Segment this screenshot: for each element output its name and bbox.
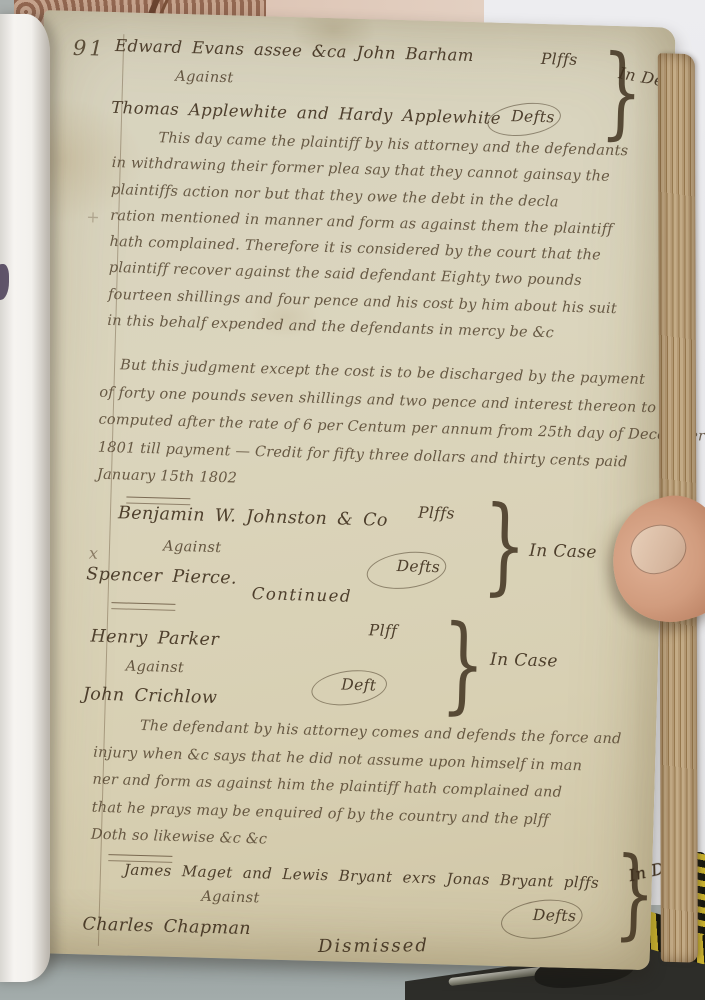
entry1-defendant-label: Defts (511, 107, 555, 126)
entry1-defendant: Thomas Applewhite and Hardy Applewhite (111, 98, 501, 128)
manuscript-page: 91 + x Edward Evans assee &ca John Barha… (18, 10, 676, 970)
entry1-plaintiff: Edward Evans assee &ca John Barham (115, 36, 474, 65)
record-book: 91 + x Edward Evans assee &ca John Barha… (17, 10, 705, 980)
entry2-status: Continued (252, 584, 353, 606)
entry4-defendant-label: Defts (533, 906, 577, 925)
entry3-brace: } (440, 611, 486, 717)
entry2-action: In Case (529, 541, 597, 563)
entry2-defendant-label: Defts (396, 557, 440, 576)
entry4-plaintiff: James Maget and Lewis Bryant exrs Jonas … (124, 861, 600, 892)
entry1-judgment-text: This day came the plaintiff by his attor… (107, 124, 629, 349)
ink-blot (0, 264, 9, 300)
thumb-nail (623, 516, 693, 581)
entry2-plaintiff-label: Plffs (418, 504, 455, 523)
entry3-against: Against (125, 659, 184, 677)
entry3-defendant: John Crichlow (83, 684, 218, 708)
entry3-plaintiff-label: Plff (369, 621, 398, 640)
entry1-against: Against (175, 69, 234, 87)
entry1-brace: } (600, 42, 644, 143)
entry2-against: Against (163, 539, 222, 557)
entry4-status: Dismissed (318, 935, 429, 957)
entry2-plaintiff: Benjamin W. Johnston & Co (118, 503, 388, 531)
photo-of-court-record-book: 91 + x Edward Evans assee &ca John Barha… (0, 0, 705, 1000)
margin-mark: + (86, 207, 100, 226)
entry3-action: In Case (490, 650, 558, 672)
section-separator (111, 602, 175, 611)
margin-mark: x (89, 543, 99, 562)
entry4-brace: } (613, 844, 656, 943)
entry1-payment-text: But this judgment except the cost is to … (97, 352, 705, 506)
entry4-against: Against (201, 889, 260, 907)
entry4-defendant: Charles Chapman (82, 914, 251, 939)
entry1-plaintiff-label: Plffs (541, 50, 578, 69)
curled-opposite-page (0, 14, 50, 982)
entry3-plea-text: The defendant by his attorney comes and … (91, 712, 622, 864)
entry2-brace: } (481, 492, 527, 598)
entry2-defendant: Spencer Pierce. (86, 564, 237, 588)
page-number: 91 (73, 36, 106, 61)
entry3-defendant-label: Deft (341, 676, 377, 695)
entry3-plaintiff: Henry Parker (90, 627, 219, 651)
